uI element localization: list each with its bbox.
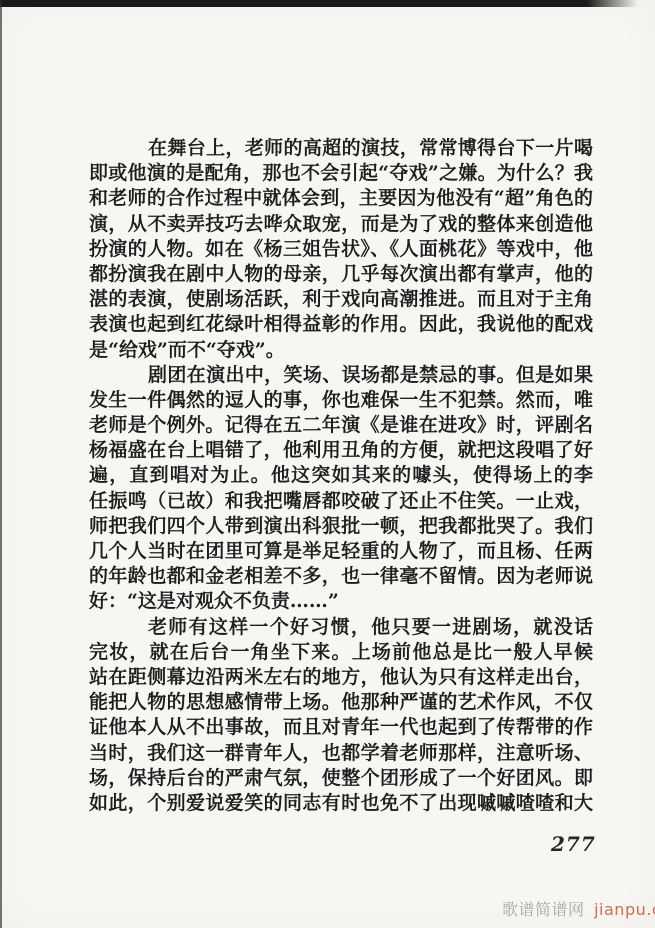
text-line: 好：“这是对观众不负责……” [89, 589, 593, 614]
watermark-site-domain: jianpu.cn [594, 900, 655, 919]
text-line: 的年龄也都和金老相差不多，也一律毫不留情。因为老师说的 [89, 564, 593, 589]
text-line: 当时，我们这一群青年人，也都学着老师那样，注意听场、候 [89, 741, 593, 766]
text-line: 任振鸣（已故）和我把嘴唇都咬破了还止不住笑。一止戏，老 [89, 489, 593, 514]
text-line: 发生一件偶然的逗人的事，你也难保一生不犯禁。然而，唯独 [89, 388, 593, 413]
text-line: 演，从不卖弄技巧去哗众取宠，而是为了戏的整体来创造他所 [89, 212, 593, 237]
text-line: 能把人物的思想感情带上场。他那种严谨的艺术作风，不仅保 [89, 690, 593, 715]
text-line: 在舞台上，老师的高超的演技，常常博得台下一片喝采声。 [89, 136, 593, 161]
text-line: 遍，直到唱对为止。他这突如其来的噱头，使得场上的李放、 [89, 463, 593, 488]
text-line: 站在距侧幕边沿两米左右的地方，他认为只有这样走出台，才 [89, 665, 593, 690]
text-line: 都扮演我在剧中人物的母亲，几乎每次演出都有掌声，他的精 [89, 262, 593, 287]
text-line: 场，保持后台的严肃气氛，使整个团形成了一个好团风。即使 [89, 766, 593, 791]
scanned-book-page: 在舞台上，老师的高超的演技，常常博得台下一片喝采声。即或他演的是配角，那也不会引… [0, 0, 655, 928]
text-line: 老师有这样一个好习惯，他只要一进剧场，就没话了，化 [89, 615, 593, 640]
watermark: 歌谱简谱网 jianpu.cn [502, 897, 655, 920]
text-line: 杨福盛在台上唱错了，他利用丑角的方便，就把这段唱了好几 [89, 438, 593, 463]
text-line: 表演也起到红花绿叶相得益彰的作用。因此，我说他的配戏就 [89, 312, 593, 337]
text-line: 和老师的合作过程中就体会到，主要因为他没有“超”角色的表 [89, 186, 593, 211]
text-line: 老师是个例外。记得在五二年演《是谁在进攻》时，评剧名丑 [89, 413, 593, 438]
scan-edge-left [0, 0, 2, 928]
text-block: 在舞台上，老师的高超的演技，常常博得台下一片喝采声。即或他演的是配角，那也不会引… [89, 136, 593, 816]
text-line: 剧团在演出中，笑场、误场都是禁忌的事。但是如果台上 [89, 363, 593, 388]
text-line: 湛的表演，使剧场活跃，利于戏向高潮推进。而且对于主角的 [89, 287, 593, 312]
text-line: 是“给戏”而不“夺戏”。 [89, 338, 593, 363]
text-line: 扮演的人物。如在《杨三姐告状》、《人面桃花》等戏中，他 [89, 237, 593, 262]
text-line: 如此，个别爱说爱笑的同志有时也免不了出现嘁嘁喳喳和大声 [89, 791, 593, 816]
text-line: 师把我们四个人带到演出科狠批一顿，把我都批哭了。我们这 [89, 514, 593, 539]
text-line: 证他本人从不出事故，而且对青年一代也起到了传帮带的作用。 [89, 715, 593, 740]
scan-edge-top [0, 0, 638, 7]
text-line: 即或他演的是配角，那也不会引起“夺戏”之嫌。为什么？我 [89, 161, 593, 186]
text-line: 完妆，就在后台一角坐下来。上场前他总是比一般人早候场， [89, 640, 593, 665]
watermark-site-name: 歌谱简谱网 [502, 900, 585, 919]
text-line: 几个人当时在团里可算是举足轻重的人物了，而且杨、任两位 [89, 539, 593, 564]
page-number: 277 [551, 832, 596, 856]
